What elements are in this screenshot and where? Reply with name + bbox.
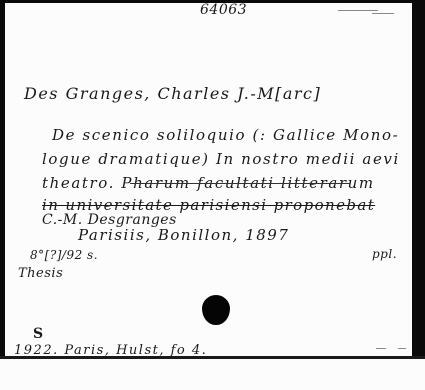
strikethrough-line xyxy=(130,183,350,184)
faint-mark xyxy=(398,348,406,349)
title-line-2: logue dramatique) In nostro medii aevi xyxy=(42,150,400,168)
scan-frame-left xyxy=(0,0,5,357)
reprint-note: 1922. Paris, Hulst, fo 4. xyxy=(14,343,207,358)
call-number: 64063 xyxy=(200,2,247,18)
faint-mark xyxy=(338,10,378,11)
scan-frame-right xyxy=(412,0,425,360)
symbol-mark: S xyxy=(33,326,44,342)
heading-author: Des Granges, Charles J.-M[arc] xyxy=(24,84,321,103)
collation: 8°[?]/92 s. xyxy=(30,248,98,262)
scan-margin xyxy=(0,359,425,390)
title-text: De scenico soliloquio (: Gallice Mono- xyxy=(52,126,399,144)
title-line-1: De scenico soliloquio (: Gallice Mono- xyxy=(52,126,399,144)
faint-mark xyxy=(372,13,394,14)
format-note: ppl. xyxy=(372,247,397,261)
thesis-note: Thesis xyxy=(18,266,63,281)
faint-mark xyxy=(376,348,386,349)
imprint: Parisiis, Bonillon, 1897 xyxy=(78,226,289,244)
